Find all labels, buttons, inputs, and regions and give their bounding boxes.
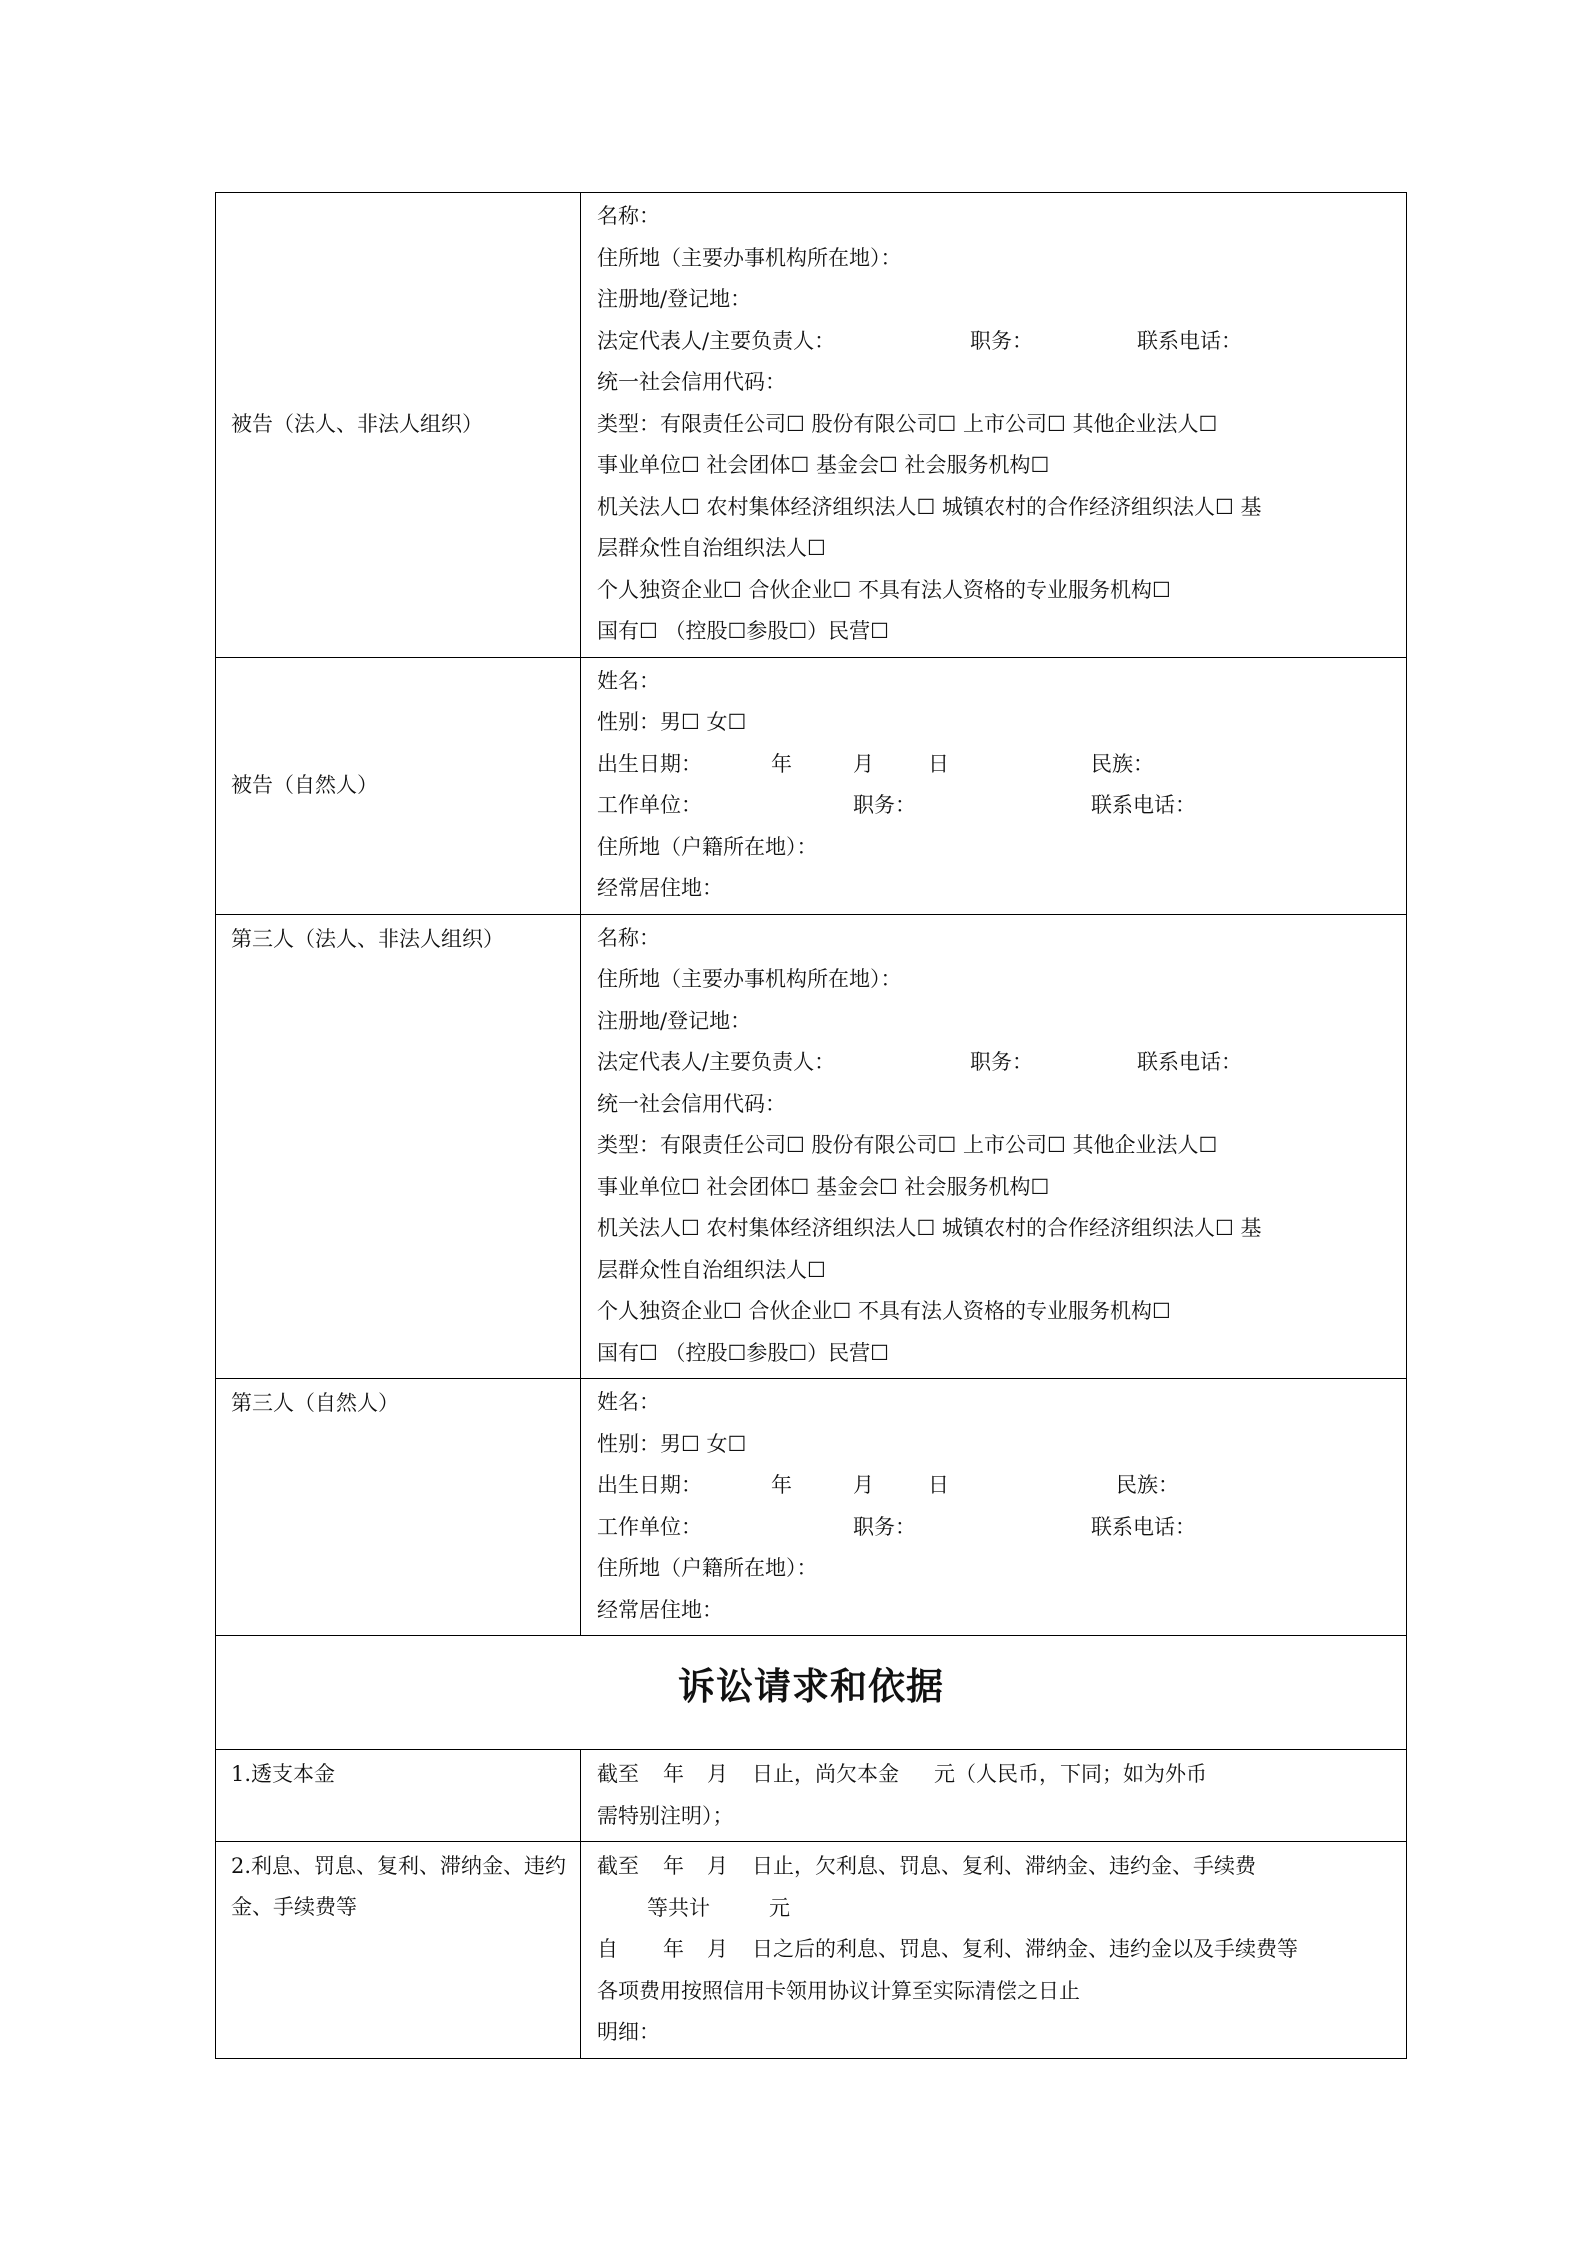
claim-label: 2.利息、罚息、复利、滞纳金、违约金、手续费等 bbox=[216, 1842, 581, 2059]
type-checkboxes-4[interactable]: 层群众性自治组织法人☐ bbox=[597, 528, 1396, 570]
field-birth-line: 出生日期： 年 月 日 民族： bbox=[597, 1465, 1396, 1507]
birth-day: 日 bbox=[928, 744, 949, 786]
claim-content: 截至 年 月 日止，欠利息、罚息、复利、滞纳金、违约金、手续费 等共计 元 自 … bbox=[581, 1842, 1407, 2059]
field-name[interactable]: 名称： bbox=[597, 196, 1396, 238]
field-birth-line: 出生日期： 年 月 日 民族： bbox=[597, 744, 1396, 786]
claim-amount-unit[interactable]: 元（人民币，下同；如为外币 bbox=[934, 1754, 1207, 1796]
ownership-checkboxes[interactable]: 国有☐ （控股☐参股☐）民营☐ bbox=[597, 611, 1396, 653]
complaint-form-table: 被告（法人、非法人组织） 名称： 住所地（主要办事机构所在地）： 注册地/登记地… bbox=[215, 192, 1407, 2059]
claim-year[interactable]: 年 bbox=[663, 1929, 684, 1971]
birth-year: 年 bbox=[771, 744, 792, 786]
type-checkboxes-5[interactable]: 个人独资企业☐ 合伙企业☐ 不具有法人资格的专业服务机构☐ bbox=[597, 1291, 1396, 1333]
claims-heading-row: 诉讼请求和依据 bbox=[216, 1636, 1407, 1750]
field-employer-line: 工作单位： 职务： 联系电话： bbox=[597, 785, 1396, 827]
defendant-natural-row: 被告（自然人） 姓名： 性别：男☐ 女☐ 出生日期： 年 月 日 民族： 工作单… bbox=[216, 657, 1407, 914]
claim-year[interactable]: 年 bbox=[663, 1846, 684, 1888]
third-legal-row: 第三人（法人、非法人组织） 名称： 住所地（主要办事机构所在地）： 注册地/登记… bbox=[216, 914, 1407, 1379]
type-checkboxes-1[interactable]: 类型：有限责任公司☐ 股份有限公司☐ 上市公司☐ 其他企业法人☐ bbox=[597, 404, 1396, 446]
type-checkboxes-2[interactable]: 事业单位☐ 社会团体☐ 基金会☐ 社会服务机构☐ bbox=[597, 1167, 1396, 1209]
field-phone[interactable]: 联系电话： bbox=[1137, 321, 1242, 363]
claim-text: 等共计 bbox=[647, 1888, 710, 1930]
claim-text: 截至 bbox=[597, 1854, 639, 1878]
field-name[interactable]: 姓名： bbox=[597, 1382, 1396, 1424]
field-employer[interactable]: 工作单位： bbox=[597, 1515, 702, 1539]
claim-label: 1.透支本金 bbox=[216, 1750, 581, 1842]
gender-checkboxes[interactable]: 性别：男☐ 女☐ bbox=[597, 1424, 1396, 1466]
field-employer-line: 工作单位： 职务： 联系电话： bbox=[597, 1507, 1396, 1549]
field-credit-code[interactable]: 统一社会信用代码： bbox=[597, 1084, 1396, 1126]
field-residence[interactable]: 经常居住地： bbox=[597, 1590, 1396, 1632]
field-position[interactable]: 职务： bbox=[970, 1042, 1033, 1084]
claim-line: 截至 年 月 日止，尚欠本金 元（人民币，下同；如为外币 bbox=[597, 1754, 1396, 1796]
field-domicile[interactable]: 住所地（户籍所在地）： bbox=[597, 827, 1396, 869]
claim-row-interest: 2.利息、罚息、复利、滞纳金、违约金、手续费等 截至 年 月 日止，欠利息、罚息… bbox=[216, 1842, 1407, 2059]
field-position[interactable]: 职务： bbox=[853, 785, 916, 827]
claim-content: 截至 年 月 日止，尚欠本金 元（人民币，下同；如为外币 需特别注明）； bbox=[581, 1750, 1407, 1842]
defendant-legal-fields: 名称： 住所地（主要办事机构所在地）： 注册地/登记地： 法定代表人/主要负责人… bbox=[581, 193, 1407, 658]
field-birth[interactable]: 出生日期： bbox=[597, 1473, 702, 1497]
field-registered[interactable]: 注册地/登记地： bbox=[597, 279, 1396, 321]
type-checkboxes-3[interactable]: 机关法人☐ 农村集体经济组织法人☐ 城镇农村的合作经济组织法人☐ 基 bbox=[597, 487, 1396, 529]
field-domicile[interactable]: 住所地（主要办事机构所在地）： bbox=[597, 959, 1396, 1001]
field-domicile[interactable]: 住所地（主要办事机构所在地）： bbox=[597, 238, 1396, 280]
claim-month[interactable]: 月 bbox=[707, 1929, 728, 1971]
claim-text: 日之后的利息、罚息、复利、滞纳金、违约金以及手续费等 bbox=[752, 1929, 1298, 1971]
field-credit-code[interactable]: 统一社会信用代码： bbox=[597, 362, 1396, 404]
claim-line: 截至 年 月 日止，欠利息、罚息、复利、滞纳金、违约金、手续费 bbox=[597, 1846, 1396, 1888]
defendant-legal-row: 被告（法人、非法人组织） 名称： 住所地（主要办事机构所在地）： 注册地/登记地… bbox=[216, 193, 1407, 658]
claim-text: 自 bbox=[597, 1937, 618, 1961]
type-checkboxes-4[interactable]: 层群众性自治组织法人☐ bbox=[597, 1250, 1396, 1292]
field-rep-line: 法定代表人/主要负责人： 职务： 联系电话： bbox=[597, 1042, 1396, 1084]
field-domicile[interactable]: 住所地（户籍所在地）： bbox=[597, 1548, 1396, 1590]
defendant-natural-label: 被告（自然人） bbox=[216, 657, 581, 914]
claim-month[interactable]: 月 bbox=[707, 1754, 728, 1796]
field-employer[interactable]: 工作单位： bbox=[597, 793, 702, 817]
gender-checkboxes[interactable]: 性别：男☐ 女☐ bbox=[597, 702, 1396, 744]
birth-year: 年 bbox=[771, 1465, 792, 1507]
defendant-legal-label: 被告（法人、非法人组织） bbox=[216, 193, 581, 658]
birth-month: 月 bbox=[853, 744, 874, 786]
third-natural-fields: 姓名： 性别：男☐ 女☐ 出生日期： 年 月 日 民族： 工作单位： 职务： 联… bbox=[581, 1379, 1407, 1636]
field-rep[interactable]: 法定代表人/主要负责人： bbox=[597, 1050, 835, 1074]
claim-text: 截至 bbox=[597, 1762, 639, 1786]
claim-month[interactable]: 月 bbox=[707, 1846, 728, 1888]
claim-line: 各项费用按照信用卡领用协议计算至实际清偿之日止 bbox=[597, 1971, 1396, 2013]
field-ethnicity[interactable]: 民族： bbox=[1091, 744, 1154, 786]
field-name[interactable]: 名称： bbox=[597, 918, 1396, 960]
field-rep-line: 法定代表人/主要负责人： 职务： 联系电话： bbox=[597, 321, 1396, 363]
birth-month: 月 bbox=[853, 1465, 874, 1507]
claim-text: 日止，尚欠本金 bbox=[752, 1754, 899, 1796]
field-phone[interactable]: 联系电话： bbox=[1137, 1042, 1242, 1084]
type-checkboxes-1[interactable]: 类型：有限责任公司☐ 股份有限公司☐ 上市公司☐ 其他企业法人☐ bbox=[597, 1125, 1396, 1167]
field-birth[interactable]: 出生日期： bbox=[597, 752, 702, 776]
section-heading: 诉讼请求和依据 bbox=[216, 1636, 1406, 1710]
field-residence[interactable]: 经常居住地： bbox=[597, 868, 1396, 910]
field-position[interactable]: 职务： bbox=[970, 321, 1033, 363]
third-natural-row: 第三人（自然人） 姓名： 性别：男☐ 女☐ 出生日期： 年 月 日 民族： 工作… bbox=[216, 1379, 1407, 1636]
claim-line: 自 年 月 日之后的利息、罚息、复利、滞纳金、违约金以及手续费等 bbox=[597, 1929, 1396, 1971]
type-checkboxes-2[interactable]: 事业单位☐ 社会团体☐ 基金会☐ 社会服务机构☐ bbox=[597, 445, 1396, 487]
field-registered[interactable]: 注册地/登记地： bbox=[597, 1001, 1396, 1043]
claim-line: 需特别注明）； bbox=[597, 1796, 1396, 1838]
claim-amount-unit[interactable]: 元 bbox=[769, 1888, 790, 1930]
third-legal-label: 第三人（法人、非法人组织） bbox=[216, 914, 581, 1379]
claim-detail[interactable]: 明细： bbox=[597, 2012, 1396, 2054]
third-natural-label: 第三人（自然人） bbox=[216, 1379, 581, 1636]
field-rep[interactable]: 法定代表人/主要负责人： bbox=[597, 329, 835, 353]
claim-line: 等共计 元 bbox=[597, 1888, 1396, 1930]
claim-row-principal: 1.透支本金 截至 年 月 日止，尚欠本金 元（人民币，下同；如为外币 需特别注… bbox=[216, 1750, 1407, 1842]
field-phone[interactable]: 联系电话： bbox=[1091, 785, 1196, 827]
type-checkboxes-5[interactable]: 个人独资企业☐ 合伙企业☐ 不具有法人资格的专业服务机构☐ bbox=[597, 570, 1396, 612]
ownership-checkboxes[interactable]: 国有☐ （控股☐参股☐）民营☐ bbox=[597, 1333, 1396, 1375]
field-ethnicity[interactable]: 民族： bbox=[1116, 1465, 1179, 1507]
field-position[interactable]: 职务： bbox=[853, 1507, 916, 1549]
claim-text: 日止，欠利息、罚息、复利、滞纳金、违约金、手续费 bbox=[752, 1846, 1256, 1888]
type-checkboxes-3[interactable]: 机关法人☐ 农村集体经济组织法人☐ 城镇农村的合作经济组织法人☐ 基 bbox=[597, 1208, 1396, 1250]
claim-year[interactable]: 年 bbox=[663, 1754, 684, 1796]
third-legal-fields: 名称： 住所地（主要办事机构所在地）： 注册地/登记地： 法定代表人/主要负责人… bbox=[581, 914, 1407, 1379]
birth-day: 日 bbox=[928, 1465, 949, 1507]
defendant-natural-fields: 姓名： 性别：男☐ 女☐ 出生日期： 年 月 日 民族： 工作单位： 职务： 联… bbox=[581, 657, 1407, 914]
field-phone[interactable]: 联系电话： bbox=[1091, 1507, 1196, 1549]
field-name[interactable]: 姓名： bbox=[597, 661, 1396, 703]
